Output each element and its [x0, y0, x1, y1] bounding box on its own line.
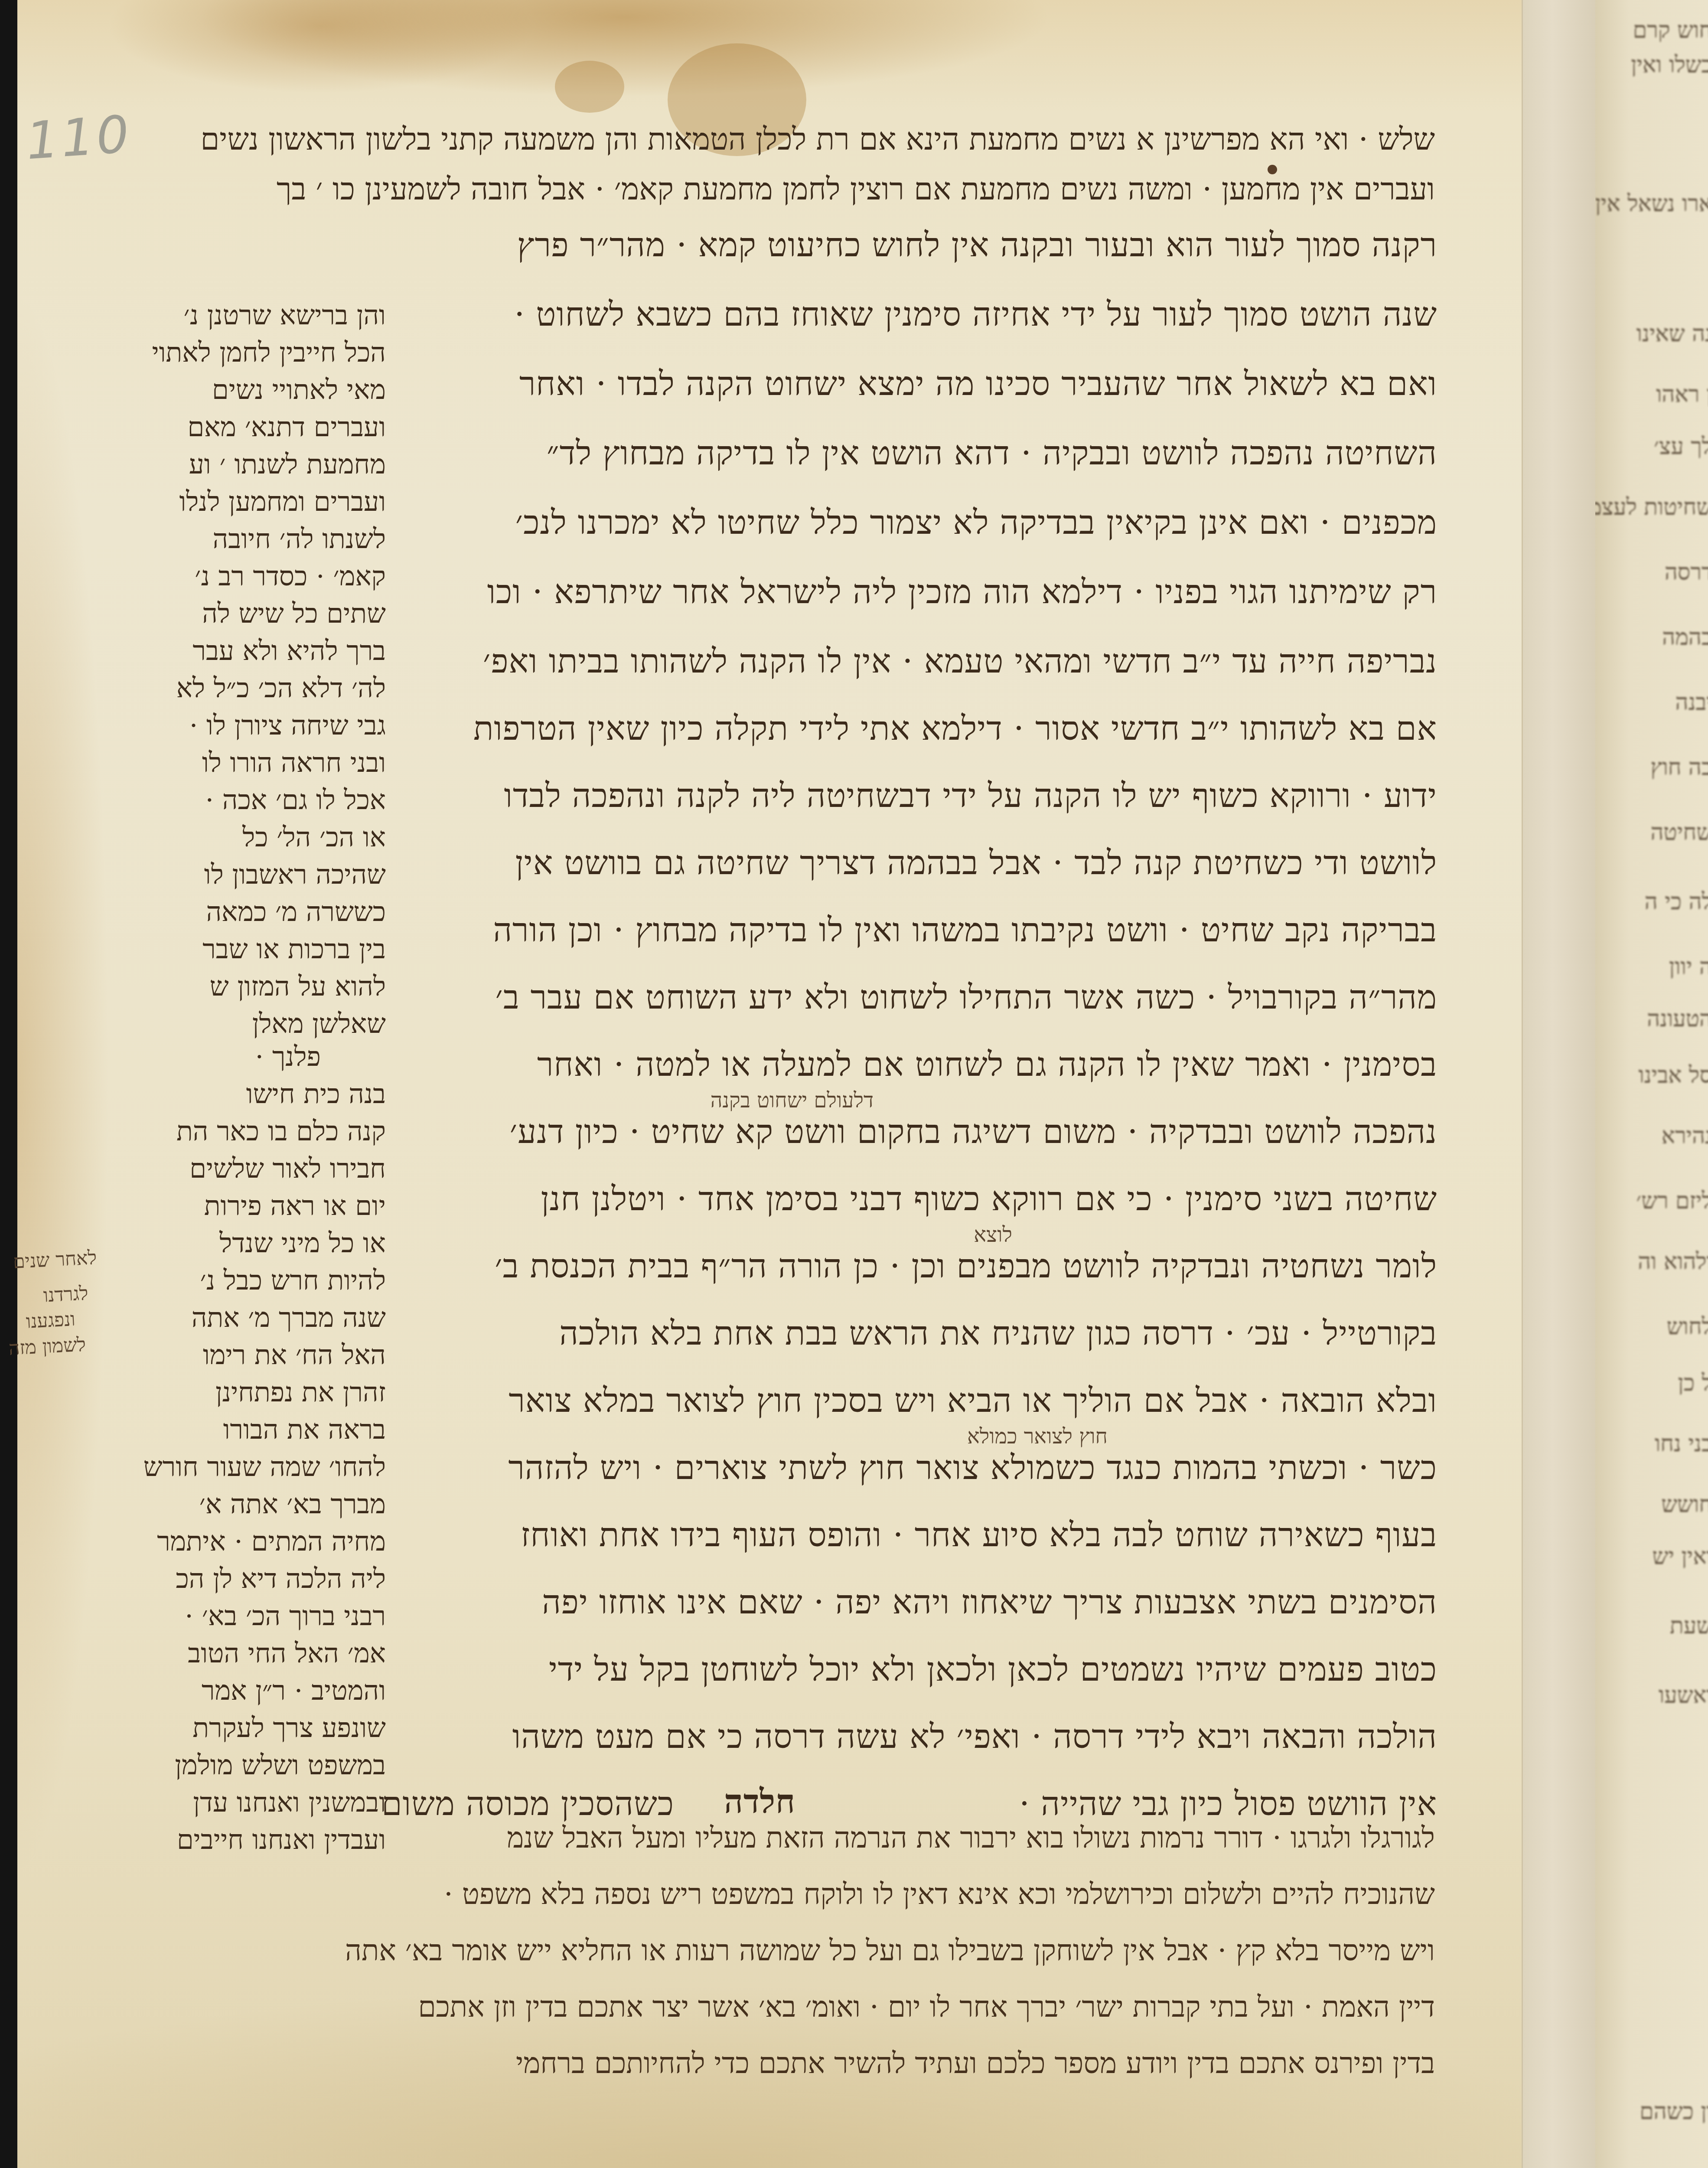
main-line: מכפנים · ואם אינן בקיאין בבדיקה לא יצמור… — [515, 503, 1437, 542]
facing-line: סל אבינו — [1638, 1062, 1708, 1088]
facing-line: נה שאינו — [1636, 321, 1708, 347]
interlinear-gloss: דלעולם ישחוט בקנה — [711, 1088, 874, 1113]
gloss-line: או כל מיני שנדל — [219, 1227, 386, 1259]
gloss-line: ועברים ומחמען לנלו — [179, 486, 386, 518]
gloss-line: חבירו לאור שלשים — [189, 1153, 386, 1185]
facing-line: ה יוון — [1669, 954, 1708, 980]
facing-line: נהירא — [1662, 1123, 1708, 1149]
facing-line: בה חוץ — [1650, 754, 1708, 780]
main-line: השחיטה נהפכה לוושט ובבקיה · דהא הושט אין… — [547, 434, 1437, 473]
facing-line: ון כשהם — [1640, 2099, 1708, 2125]
gloss-line: במשפט ושלש מולמן — [175, 1749, 386, 1781]
gloss-line: מברך בא׳ אתה א׳ — [199, 1488, 386, 1520]
side-note: לאחר שנים — [13, 1247, 97, 1273]
main-line: אין הוושט פסול כיון גבי שהייה · — [1019, 1784, 1437, 1823]
main-line: שנה הושט סמוך לעור על ידי אחיזה סימנין ש… — [514, 295, 1437, 334]
gloss-line: לה׳ דלא הכ׳ כ״ל לא — [176, 672, 386, 704]
main-line: לוושט ודי כשחיטת קנה לבד · אבל בבהמה דצר… — [515, 843, 1437, 882]
gloss-line: האל הח׳ את רימו — [203, 1339, 386, 1371]
facing-line: ואשעו — [1659, 1682, 1708, 1708]
bottom-line: שהנוכיח להיים ולשלום וכירושלמי וכא אינא … — [444, 1877, 1435, 1911]
water-stain — [555, 61, 624, 113]
gloss-line: אכל לו גם׳ אכה · — [205, 784, 386, 816]
gloss-line: בראה את הבורו — [223, 1414, 386, 1446]
gloss-line: ברך להיא ולא עבר — [192, 635, 386, 667]
binding-gutter — [1522, 0, 1597, 2168]
gloss-line: ובני חראה הורו לו — [202, 747, 386, 779]
main-line: הולכה והבאה ויבא לידי דרסה · ואפי׳ לא עש… — [512, 1717, 1437, 1756]
facing-line: כשלו ואין — [1631, 52, 1708, 78]
facing-line: בהמה — [1662, 624, 1708, 650]
main-line: בסימנין · ואמר שאין לו הקנה גם לשחוט אם … — [537, 1045, 1437, 1084]
section-heading-continuation: כשהסכין מכוסה משום — [381, 1784, 674, 1823]
gloss-line: לשנתו לה׳ חיובה — [213, 523, 386, 555]
facing-line: ל כן — [1678, 1370, 1708, 1396]
gloss-line: פלנך · — [255, 1041, 321, 1073]
main-line: בבריקה נקב שחיט · וושט נקיבתו במשהו ואין… — [493, 911, 1437, 950]
facing-line: דרסה — [1665, 559, 1708, 585]
binding-edge — [0, 0, 17, 2168]
main-line: נבריפה חייה עד י״ב חדשי ומהאי טעמא · אין… — [483, 642, 1437, 681]
interlinear-gloss: חוץ לצואר כמולא — [967, 1424, 1108, 1449]
gloss-line: שונפע צרך לעקרת — [192, 1712, 386, 1744]
main-line: לומר נשחטיה ונבדקיה לוושט מבפנים וכן · כ… — [495, 1247, 1437, 1286]
gloss-line: שאלשן מאלן — [252, 1008, 386, 1040]
gloss-line: זהרן את נפתחינן — [215, 1376, 386, 1408]
bottom-line: בדין ופירנס אתכם בדין ויודע מספר כלכם וע… — [516, 2047, 1435, 2080]
gloss-line: שנה מברך מ׳ אתה — [192, 1302, 386, 1334]
gloss-line: והן ברישא שרטנן נ׳ — [184, 299, 386, 331]
main-line: מהר״ה בקורבויל · כשה אשר התחילו לשחוט ול… — [495, 978, 1437, 1017]
gloss-line: להוא על המזון ש — [210, 970, 386, 1002]
main-line: רק שימיתנו הגוי בפניו · דילמא הוה מזכין … — [487, 572, 1437, 611]
gloss-line: גבי שיחה ציורן לו · — [189, 709, 386, 741]
gloss-line: מחמעת לשנתו ׳ וע — [189, 448, 386, 480]
facing-line: שחיטה — [1650, 820, 1708, 846]
gloss-line: קנה כלם בו כאר הת — [176, 1115, 386, 1147]
main-line: ואם בא לשאול אחר שהעביר סכינו מה ימצא יש… — [519, 364, 1437, 403]
facing-line: ואין יש — [1653, 1544, 1708, 1570]
gloss-line: ליה הלכה דיא לן הכ — [176, 1563, 386, 1595]
bottom-line: ויש מייסר בלא קץ · אבל אין לשוחקן בשבילו… — [345, 1934, 1435, 1968]
gloss-line: יום או ראה פירות — [204, 1190, 386, 1222]
gloss-line: הכל חייבין לחמן לאתוי — [152, 336, 386, 369]
side-note: ונפגענו — [26, 1308, 76, 1333]
main-line: בעוף כשאירה שוחט לבה בלא סיוע אחר · והופ… — [521, 1515, 1437, 1554]
facing-line: ליזם רש׳ — [1636, 1188, 1708, 1214]
gloss-line: בנה כית חישו — [246, 1078, 386, 1110]
facing-line: ן ראהו — [1656, 382, 1708, 408]
gloss-line: ובמשנין ואנחנו עדן — [193, 1786, 386, 1819]
header-line: שלש · ואי הא מפרשינן א נשים מחמעת הינא א… — [200, 121, 1435, 157]
folio-number: 110 — [24, 104, 133, 171]
gloss-line: ועברים דתנא׳ מאם — [187, 411, 386, 443]
facing-line: ארו נשאל אין — [1595, 191, 1708, 217]
main-line: אם בא לשהותו י״ב חדשי אסור · דילמא אתי ל… — [473, 709, 1437, 748]
gloss-line: או הכ׳ הל׳ כל — [242, 821, 386, 853]
facing-line: לה כי ה — [1645, 889, 1708, 915]
header-line: ועברים אין מחמען · ומשה נשים מחמעת אם רו… — [277, 171, 1435, 207]
gloss-line: אמ׳ האל החי הטוב — [188, 1637, 386, 1669]
main-line: ידוע · ורווקא כשוף יש לו הקנה על ידי דבש… — [504, 776, 1437, 815]
facing-line: יבנה — [1675, 689, 1708, 715]
main-line: כשר · וכשתי בהמות כנגד כשמולא צואר חוץ ל… — [508, 1448, 1437, 1487]
gloss-line: שתים כל שיש לה — [202, 598, 386, 630]
main-line: שחיטה בשני סימנין · כי אם רווקא כשוף דבנ… — [541, 1179, 1437, 1218]
gloss-line: והמטיב · ר״ן אמר — [202, 1675, 386, 1707]
gloss-line: להיות חרש כבל נ׳ — [200, 1264, 386, 1296]
gloss-line: להחו׳ שמה שעור חורש — [143, 1451, 386, 1483]
bottom-line: דיין האמת · ועל בתי קברות ישר׳ יברך אחר … — [418, 1990, 1435, 2024]
main-line: נהפכה לוושט ובבדקיה · משום דשיגה בחקום ו… — [510, 1112, 1437, 1151]
gloss-line: שהיכה ראשבון לו — [204, 859, 386, 891]
facing-line: לך עצ׳ — [1654, 434, 1708, 460]
gloss-line: ועבדין ואנחנו חייבים — [177, 1824, 386, 1856]
section-heading: חלדה — [724, 1782, 795, 1821]
facing-line: ולהוא וה — [1638, 1249, 1708, 1275]
facing-line: שחיטות לעצמן — [1595, 494, 1708, 520]
facing-line: לחוש — [1667, 1314, 1708, 1340]
facing-line: חוש קרם — [1633, 17, 1708, 43]
facing-page-edge: חוש קרם כשלו ואין ארו נשאל אין נה שאינו … — [1595, 0, 1708, 2168]
gloss-line: מחיה המתים · איתמר — [157, 1525, 386, 1557]
facing-line: הטעונה — [1647, 1006, 1708, 1032]
bottom-line: לגורגלו ולגרגו · דורר נרמות נשולו בוא יר… — [507, 1821, 1435, 1855]
side-note: לגרדנו — [43, 1282, 89, 1306]
side-note: לשמון מזה — [8, 1333, 86, 1359]
facing-line: חושש — [1661, 1492, 1708, 1518]
gloss-line: בין ברכות או שבר — [202, 933, 386, 965]
gloss-line: מאי לאתויי נשים — [212, 374, 386, 406]
main-line: ובלא הובאה · אבל אם הוליך או הביא ויש בס… — [508, 1381, 1437, 1420]
main-line: כטוב פעמים שיהיו נשמטים לכאן ולכאן ולא י… — [549, 1650, 1437, 1689]
facing-line: בני נחו — [1655, 1431, 1708, 1457]
gloss-line: קאמ׳ · כסדר רב נ׳ — [195, 560, 386, 592]
main-line: בקורטייל · עכ׳ · דרסה כגון שהניח את הראש… — [559, 1314, 1437, 1353]
facing-line: שעת — [1670, 1613, 1708, 1639]
main-line: הסימנים בשתי אצבעות צריך שיאחוז ויהא יפה… — [542, 1583, 1437, 1622]
gloss-line: כששרה מ׳ כמאה — [206, 896, 386, 928]
interlinear-gloss: לוצא — [974, 1223, 1012, 1247]
gloss-line: רבני ברוך הכ׳ בא׳ · — [185, 1600, 386, 1632]
main-line: רקנה סמוך לעור הוא ובעור ובקנה אין לחוש … — [517, 225, 1437, 264]
